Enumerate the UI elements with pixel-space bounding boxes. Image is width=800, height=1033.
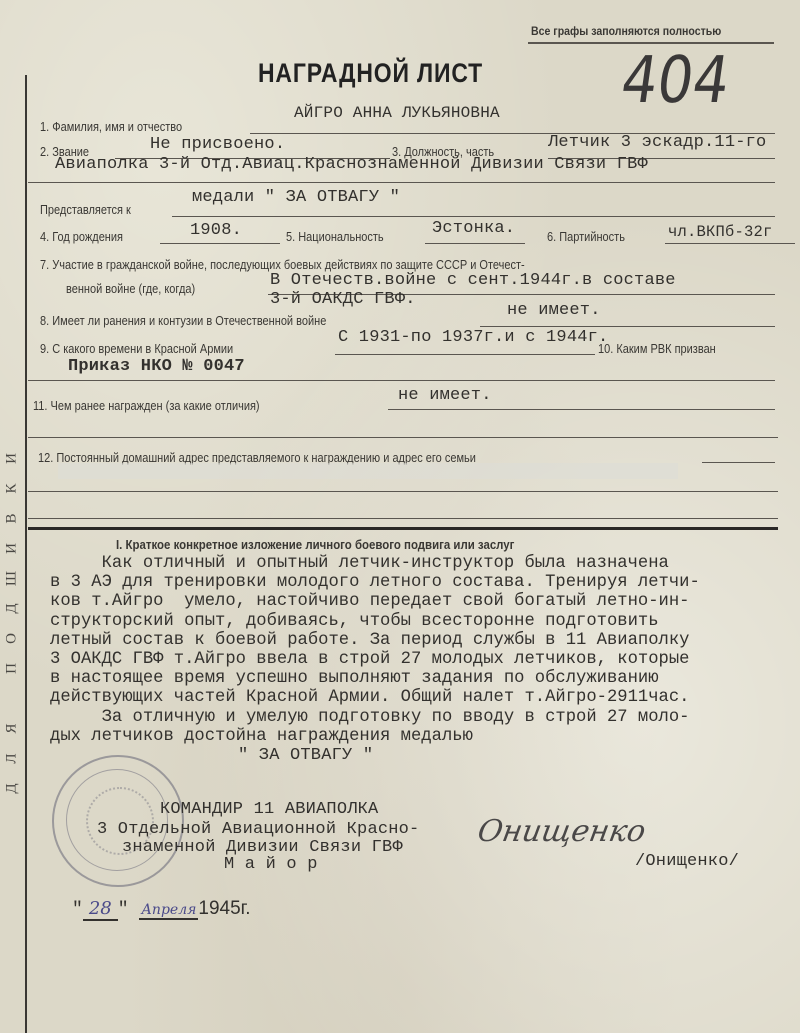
binding-letter: В (4, 510, 21, 528)
binding-margin-line (25, 75, 27, 1033)
field-1-value: АЙГРО АННА ЛУКЬЯНОВНА (294, 104, 500, 122)
field-10-label: 10. Каким РВК призван (598, 342, 716, 356)
field-6-line (665, 243, 795, 244)
field-5-value: Эстонка. (432, 219, 515, 238)
field-3-line-2 (28, 182, 775, 183)
binding-letter: Д (4, 780, 21, 798)
field-3-value: Летчик 3 эскадр.11-го (548, 133, 766, 152)
handwritten-signature: Онищенко (475, 814, 648, 849)
merit-line: Как отличный и опытный летчик-инструктор… (50, 554, 700, 573)
binding-letter: Л (4, 750, 21, 768)
date-quote-open: " (72, 900, 83, 920)
field-12-line (702, 462, 775, 463)
field-5-label: 5. Национальность (286, 230, 384, 244)
field-7-value-2: 3-й ОАКДС ГВФ. (270, 290, 416, 309)
binding-letter: Д (4, 600, 21, 618)
merit-line: дых летчиков достойна награждения медаль… (50, 727, 700, 746)
merit-line: 3 ОАКДС ГВФ т.Айгро ввела в строй 27 мол… (50, 650, 700, 669)
field-10-line (28, 380, 775, 381)
field-11-line-2 (28, 437, 778, 438)
field-9-label: 9. С какого времени в Красной Армии (40, 342, 233, 356)
field-11-value: не имеет. (398, 386, 492, 405)
merit-line: в настоящее время успешно выполняют зада… (50, 669, 700, 688)
presented-line (172, 216, 775, 217)
merit-line: летный состав к боевой работе. За период… (50, 631, 700, 650)
field-4-label: 4. Год рождения (40, 230, 123, 244)
date: "28" Апреля1945г. (72, 898, 251, 920)
field-10-value: Приказ НКО № 0047 (68, 357, 245, 376)
field-6-label: 6. Партийность (547, 230, 625, 244)
field-9-line (335, 354, 595, 355)
separator-thick (28, 527, 778, 530)
field-6-value: чл.ВКПб-32г (668, 223, 773, 241)
separator-thin (28, 518, 778, 519)
binding-letter: П (4, 660, 21, 678)
field-4-line (160, 243, 280, 244)
date-month: Апреля (139, 902, 198, 920)
binding-letter: Я (4, 720, 21, 738)
field-9-value: С 1931-по 1937г.и с 1944г. (338, 328, 608, 347)
merit-line: За отличную и умелую подготовку по вводу… (50, 708, 700, 727)
field-11-label: 11. Чем ранее награжден (за какие отличи… (33, 399, 260, 413)
merit-line: действующих частей Красной Армии. Общий … (50, 688, 700, 707)
date-year: 1945г. (198, 898, 250, 919)
field-7-label-2: венной войне (где, когда) (66, 282, 195, 296)
field-8-line (480, 326, 775, 327)
date-day: 28 (83, 898, 118, 921)
handwritten-number: 404 (617, 43, 734, 118)
field-7-label-1: 7. Участие в гражданской войне, последую… (40, 258, 525, 272)
signature-rank: М а й о р (224, 855, 318, 874)
binding-label: ДЛЯ ПОДШИВКИ (3, 420, 21, 800)
presented-value: медали " ЗА ОТВАГУ " (192, 188, 400, 207)
field-7-value-1: В Отечеств.войне с сент.1944г.в составе (270, 271, 676, 290)
field-4-value: 1908. (190, 221, 242, 240)
signature-line-1: КОМАНДИР 11 АВИАПОЛКА (160, 800, 378, 819)
signature-line-2: 3 Отдельной Авиационной Красно- (97, 820, 419, 839)
field-3-value-cont: Авиаполка 3-й Отд.Авиац.Краснознаменной … (55, 155, 648, 174)
signature-name: /Онищенко/ (635, 852, 739, 871)
section-heading: I. Краткое конкретное изложение личного … (116, 537, 514, 552)
header-note: Все графы заполняются полностью (531, 24, 721, 38)
merit-line: в 3 АЭ для тренировки молодого летного с… (50, 573, 700, 592)
field-12-line-2 (28, 491, 778, 492)
binding-letter: И (4, 450, 21, 468)
merit-description: Как отличный и опытный летчик-инструктор… (50, 554, 700, 746)
field-5-line (425, 243, 525, 244)
field-1-label: 1. Фамилия, имя и отчество (40, 120, 182, 134)
merit-line: ков т.Айгро умело, настойчиво передает с… (50, 592, 700, 611)
document-title: НАГРАДНОЙ ЛИСТ (258, 58, 483, 89)
merit-line: структорский опыт, добиваясь, чтобы всес… (50, 612, 700, 631)
binding-letter: И (4, 540, 21, 558)
field-11-line (388, 409, 775, 410)
field-2-value: Не присвоено. (150, 135, 285, 154)
binding-letter: Ш (4, 570, 21, 588)
field-8-value: не имеет. (507, 301, 601, 320)
date-quote-close: " (118, 900, 140, 920)
presented-label: Представляется к (40, 203, 131, 217)
binding-letter: К (4, 480, 21, 498)
award-name: " ЗА ОТВАГУ " (238, 746, 373, 765)
binding-letter: О (4, 630, 21, 648)
redacted-address (58, 463, 678, 479)
field-8-label: 8. Имеет ли ранения и контузии в Отечест… (40, 314, 326, 328)
